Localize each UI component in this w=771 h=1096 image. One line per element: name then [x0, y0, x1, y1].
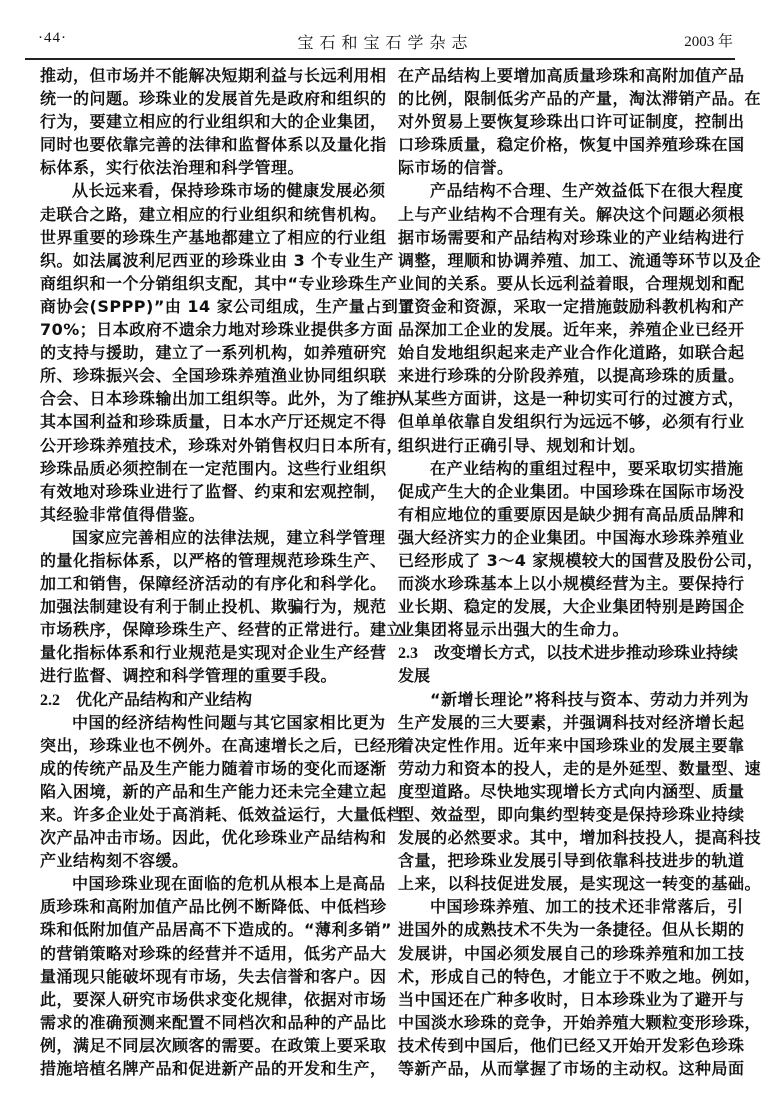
running-header: ·44· 宝石和宝石学杂志 2003 年 [38, 24, 733, 58]
text-line: 商组织和一个分销组织支配，其中“专业珍珠生产 [40, 272, 374, 295]
text-line: 质珍珠和高附加值产品比例不断降低、中低档珍 [40, 895, 374, 918]
text-line: 公开珍珠养殖技术，珍珠对外销售权归日本所有， [40, 434, 374, 457]
text-line: 中国淡水珍珠的竞争，开始养殖大颗粒变形珍珠， [398, 1011, 728, 1034]
text-line: 业长期、稳定的发展，大企业集团特别是跨国企 [398, 595, 728, 618]
text-line: 产业结构刻不容缓。 [40, 849, 374, 872]
text-line: 的比例，限制低劣产品的产量，淘汰滞销产品。在 [398, 87, 728, 110]
section-title-continued: 发展 [398, 664, 728, 687]
text-line: 生产发展的三大要素，并强调科技对经济增长起 [398, 711, 728, 734]
text-line: 在产品结构上要增加高质量珍珠和高附加值产品 [398, 64, 728, 87]
text-line: 其本国利益和珍珠质量，日本水产厅还规定不得 [40, 410, 374, 433]
text-line: 70%；日本政府不遗余力地对珍珠业提供多方面 [40, 318, 374, 341]
text-line: 调整，理顺和协调养殖、加工、流通等环节以及企 [398, 249, 728, 272]
text-line: 措施培植名牌产品和促进新产品的开发和生产， [40, 1057, 374, 1080]
text-line: 次产品冲击市场。因此，优化珍珠业产品结构和 [40, 826, 374, 849]
left-column: 推动，但市场并不能解决短期利益与长远利用相统一的问题。珍珠业的发展首先是政府和组… [40, 64, 374, 1080]
text-line: 所、珍珠振兴会、全国珍珠养殖渔业协同组织联 [40, 364, 374, 387]
paragraph: 在产品结构上要增加高质量珍珠和高附加值产品的比例，限制低劣产品的产量，淘汰滞销产… [398, 64, 728, 179]
text-line: 置资金和资源，采取一定措施鼓励科教机构和产 [398, 295, 728, 318]
text-line: 但单单依靠自发组织行为远远不够，必须有行业 [398, 410, 728, 433]
text-line: 组织进行正确引导、规划和计划。 [398, 434, 728, 457]
text-line: 标体系，实行依法治理和科学管理。 [40, 156, 374, 179]
text-line: 已经形成了 3～4 家规模较大的国营及股份公司， [398, 549, 728, 572]
publication-year: 2003 年 [684, 30, 733, 51]
header-rule [25, 58, 735, 60]
paragraph: 在产业结构的重组过程中，要采取切实措施促成产生大的企业集团。中国珍珠在国际市场没… [398, 457, 728, 642]
text-line: 商协会(SPPP)”由 14 家公司组成，生产量占到了 [40, 295, 374, 318]
text-line: 的营销策略对珍珠的经营并不适用，低劣产品大 [40, 942, 374, 965]
paragraph: 中国珍珠业现在面临的危机从根本上是高品质珍珠和高附加值产品比例不断降低、中低档珍… [40, 872, 374, 1080]
paragraph: 中国的经济结构性问题与其它国家相比更为突出，珍珠业也不例外。在高速增长之后，已经… [40, 711, 374, 873]
text-line: 中国的经济结构性问题与其它国家相比更为 [40, 711, 374, 734]
text-line: 合会、日本珍珠输出加工组织等。此外，为了维护 [40, 387, 374, 410]
text-line: 的支持与援助，建立了一系列机构，如养殖研究 [40, 341, 374, 364]
text-line: 等新产品，从而掌握了市场的主动权。这种局面 [398, 1057, 728, 1080]
text-line: 始自发地组织起来走产业合作化道路，如联合起 [398, 341, 728, 364]
section-heading: 2.2优化产品结构和产业结构 [40, 688, 374, 711]
text-line: 从某些方面讲，这是一种切实可行的过渡方式， [398, 387, 728, 410]
text-line: 业间的关系。要从长远利益着眼，合理规划和配 [398, 272, 728, 295]
text-line: 突出，珍珠业也不例外。在高速增长之后，已经形 [40, 734, 374, 757]
text-line: 加强法制建设有利于制止投机、欺骗行为，规范 [40, 595, 374, 618]
text-line: 织。如法属波利尼西亚的珍珠业由 3 个专业生产 [40, 249, 374, 272]
text-line: 含量，把珍珠业发展引导到依靠科技进步的轨道 [398, 849, 728, 872]
text-line: 从长远来看，保持珍珠市场的健康发展必须 [40, 179, 374, 202]
text-line: 发展讲，中国必须发展自己的珍珠养殖和加工技 [398, 942, 728, 965]
text-line: 量化指标体系和行业规范是实现对企业生产经营 [40, 641, 374, 664]
text-line: 量涌现只能破坏现有市场，失去信誉和客户。因 [40, 965, 374, 988]
text-line: 术，形成自己的特色，才能立于不败之地。例如， [398, 965, 728, 988]
text-line: 例，满足不同层次顾客的需要。在政策上要采取 [40, 1034, 374, 1057]
text-line: 其经验非常值得借鉴。 [40, 503, 374, 526]
section-title: 优化产品结构和产业结构 [76, 690, 252, 709]
text-line: 市场秩序，保障珍珠生产、经营的正常进行。建立 [40, 618, 374, 641]
text-line: 世界重要的珍珠生产基地都建立了相应的行业组 [40, 226, 374, 249]
text-line: 进行监督、调控和科学管理的重要手段。 [40, 664, 374, 687]
text-line: 在产业结构的重组过程中，要采取切实措施 [398, 457, 728, 480]
text-line: 走联合之路，建立相应的行业组织和统售机构。 [40, 203, 374, 226]
text-line: 着决定性作用。近年来中国珍珠业的发展主要靠 [398, 734, 728, 757]
text-line: 型、效益型，即向集约型转变是保持珍珠业持续 [398, 803, 728, 826]
text-line: 产品结构不合理、生产效益低下在很大程度 [398, 179, 728, 202]
text-line: 珍珠品质必须控制在一定范围内。这些行业组织 [40, 457, 374, 480]
paragraph: 国家应完善相应的法律法规，建立科学管理的量化指标体系，以严格的管理规范珍珠生产、… [40, 526, 374, 688]
text-line: 需求的准确预测来配置不同档次和品种的产品比 [40, 1011, 374, 1034]
text-line: 有效地对珍珠业进行了监督、约束和宏观控制， [40, 480, 374, 503]
paragraph: 产品结构不合理、生产效益低下在很大程度上与产业结构不合理有关。解决这个问题必须根… [398, 179, 728, 456]
paragraph: 从长远来看，保持珍珠市场的健康发展必须走联合之路，建立相应的行业组织和统售机构。… [40, 179, 374, 525]
text-line: 陷入困境，新的产品和生产能力还未完全建立起 [40, 780, 374, 803]
text-line: 技术传到中国后，他们已经又开始开发彩色珍珠 [398, 1034, 728, 1057]
text-line: 来。许多企业处于高消耗、低效益运行，大量低档 [40, 803, 374, 826]
text-line: 的量化指标体系，以严格的管理规范珍珠生产、 [40, 549, 374, 572]
text-line: 口珍珠质量，稳定价格，恢复中国养殖珍珠在国 [398, 133, 728, 156]
text-line: 对外贸易上要恢复珍珠出口许可证制度，控制出 [398, 110, 728, 133]
text-line: 而淡水珍珠基本上以小规模经营为主。要保持行 [398, 572, 728, 595]
text-line: 度型道路。尽快地实现增长方式向内涵型、质量 [398, 780, 728, 803]
text-line: 上来，以科技促进发展，是实现这一转变的基础。 [398, 872, 728, 895]
text-line: 上与产业结构不合理有关。解决这个问题必须根 [398, 203, 728, 226]
text-line: 推动，但市场并不能解决短期利益与长远利用相 [40, 64, 374, 87]
section-number: 2.3 [398, 642, 434, 665]
text-line: 同时也要依靠完善的法律和监督体系以及量化指 [40, 133, 374, 156]
text-line: 珠和低附加值产品居高不下造成的。“薄利多销” [40, 918, 374, 941]
text-line: 品深加工企业的发展。近年来，养殖企业已经开 [398, 318, 728, 341]
text-line: 有相应地位的重要原因是缺少拥有高品质品牌和 [398, 503, 728, 526]
text-line: “新增长理论”将科技与资本、劳动力并列为 [398, 688, 728, 711]
text-line: 中国珍珠业现在面临的危机从根本上是高品 [40, 872, 374, 895]
text-line: 据市场需要和产品结构对珍珠业的产业结构进行 [398, 226, 728, 249]
text-line: 加工和销售，保障经济活动的有序化和科学化。 [40, 572, 374, 595]
section-number: 2.2 [40, 689, 76, 712]
journal-title: 宝石和宝石学杂志 [38, 30, 733, 53]
text-line: 强大经济实力的企业集团。中国海水珍珠养殖业 [398, 526, 728, 549]
text-line: 业集团将显示出强大的生命力。 [398, 618, 728, 641]
text-line: 此，要深人研究市场供求变化规律，依据对市场 [40, 988, 374, 1011]
text-line: 促成产生大的企业集团。中国珍珠在国际市场没 [398, 480, 728, 503]
text-line: 行为，要建立相应的行业组织和大的企业集团， [40, 110, 374, 133]
paragraph: 推动，但市场并不能解决短期利益与长远利用相统一的问题。珍珠业的发展首先是政府和组… [40, 64, 374, 179]
section-title: 改变增长方式，以技术进步推动珍珠业持续 [434, 643, 738, 662]
right-column: 在产品结构上要增加高质量珍珠和高附加值产品的比例，限制低劣产品的产量，淘汰滞销产… [398, 64, 728, 1080]
text-line: 成的传统产品及生产能力随着市场的变化而逐渐 [40, 757, 374, 780]
text-line: 中国珍珠养殖、加工的技术还非常落后，引 [398, 895, 728, 918]
paragraph: 中国珍珠养殖、加工的技术还非常落后，引进国外的成熟技术不失为一条捷径。但从长期的… [398, 895, 728, 1080]
text-line: 国家应完善相应的法律法规，建立科学管理 [40, 526, 374, 549]
text-line: 进国外的成熟技术不失为一条捷径。但从长期的 [398, 918, 728, 941]
text-line: 当中国还在广种多收时，日本珍珠业为了避开与 [398, 988, 728, 1011]
text-line: 际市场的信誉。 [398, 156, 728, 179]
paragraph: “新增长理论”将科技与资本、劳动力并列为生产发展的三大要素，并强调科技对经济增长… [398, 688, 728, 896]
text-line: 来进行珍珠的分阶段养殖，以提高珍珠的质量。 [398, 364, 728, 387]
text-line: 发展的必然要求。其中，增加科技投人，提高科技 [398, 826, 728, 849]
text-line: 统一的问题。珍珠业的发展首先是政府和组织的 [40, 87, 374, 110]
section-heading: 2.3改变增长方式，以技术进步推动珍珠业持续 [398, 641, 728, 664]
text-line: 劳动力和资本的投人，走的是外延型、数量型、速 [398, 757, 728, 780]
